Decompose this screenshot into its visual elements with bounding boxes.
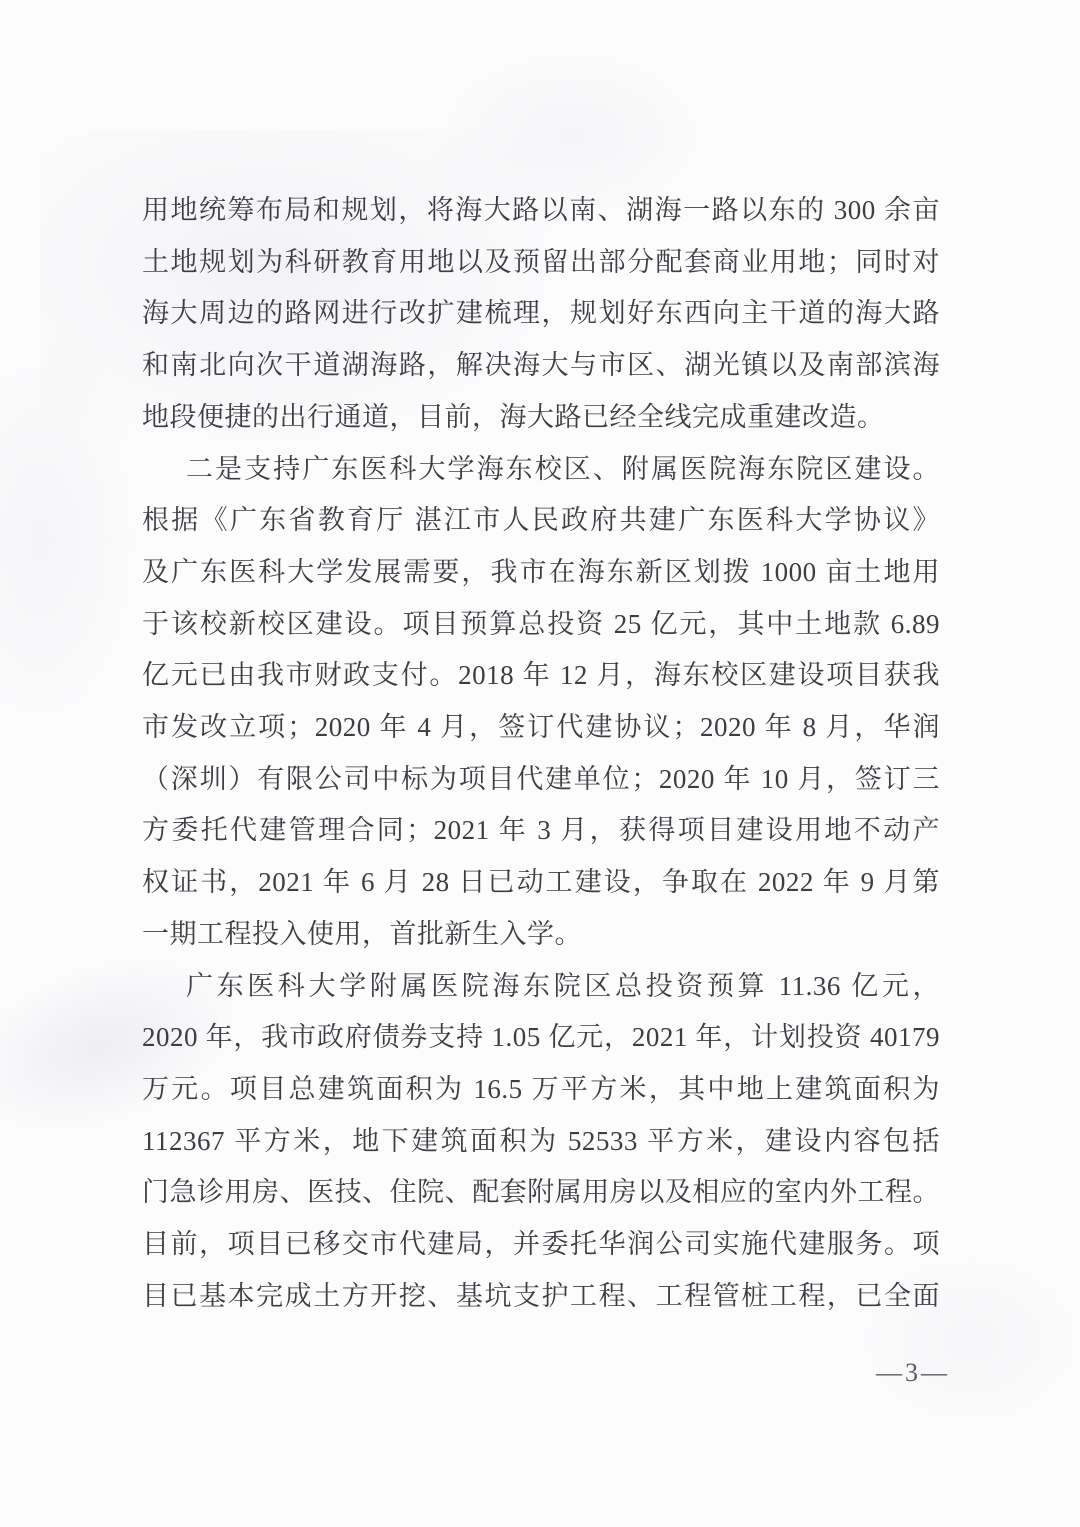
text-line: 和南北向次干道湖海路，解决海大与市区、湖光镇以及南部滨海 (142, 340, 940, 392)
text-line: 海大周边的路网进行改扩建梳理，规划好东西向主干道的海大路 (142, 288, 940, 340)
text-line: 地段便捷的出行通道，目前，海大路已经全线完成重建改造。 (142, 392, 940, 444)
text-line: 于该校新校区建设。项目预算总投资 25 亿元，其中土地款 6.89 (142, 599, 940, 651)
text-line: （深圳）有限公司中标为项目代建单位；2020 年 10 月，签订三 (142, 754, 940, 806)
text-line: 目已基本完成土方开挖、基坑支护工程、工程管桩工程，已全面 (142, 1271, 940, 1323)
text-line: 目前，项目已移交市代建局，并委托华润公司实施代建服务。项 (142, 1219, 940, 1271)
document-page: 用地统筹布局和规划，将海大路以南、湖海一路以东的 300 余亩土地规划为科研教育… (0, 0, 1080, 1527)
text-line: 万元。项目总建筑面积为 16.5 万平方米，其中地上建筑面积为 (142, 1064, 940, 1116)
text-line: 方委托代建管理合同；2021 年 3 月，获得项目建设用地不动产 (142, 805, 940, 857)
text-line: 根据《广东省教育厅 湛江市人民政府共建广东医科大学协议》 (142, 495, 940, 547)
text-line: 及广东医科大学发展需要，我市在海东新区划拨 1000 亩土地用 (142, 547, 940, 599)
text-line: 2020 年，我市政府债券支持 1.05 亿元，2021 年，计划投资 4017… (142, 1012, 940, 1064)
paragraph: 用地统筹布局和规划，将海大路以南、湖海一路以东的 300 余亩土地规划为科研教育… (142, 185, 940, 444)
text-line: 土地规划为科研教育用地以及预留出部分配套商业用地；同时对 (142, 237, 940, 289)
paragraph: 广东医科大学附属医院海东院区总投资预算 11.36 亿元，2020 年，我市政府… (142, 961, 940, 1323)
text-line: 权证书，2021 年 6 月 28 日已动工建设，争取在 2022 年 9 月第 (142, 857, 940, 909)
page-number: —3— (876, 1358, 950, 1388)
text-line: 广东医科大学附属医院海东院区总投资预算 11.36 亿元， (142, 961, 940, 1013)
document-body: 用地统筹布局和规划，将海大路以南、湖海一路以东的 300 余亩土地规划为科研教育… (142, 185, 940, 1322)
text-line: 用地统筹布局和规划，将海大路以南、湖海一路以东的 300 余亩 (142, 185, 940, 237)
text-line: 112367 平方米，地下建筑面积为 52533 平方米，建设内容包括 (142, 1116, 940, 1168)
text-line: 市发改立项；2020 年 4 月，签订代建协议；2020 年 8 月，华润 (142, 702, 940, 754)
text-line: 门急诊用房、医技、住院、配套附属用房以及相应的室内外工程。 (142, 1167, 940, 1219)
scan-artifact (0, 330, 150, 750)
text-line: 一期工程投入使用，首批新生入学。 (142, 909, 940, 961)
paragraph: 二是支持广东医科大学海东校区、附属医院海东院区建设。根据《广东省教育厅 湛江市人… (142, 444, 940, 961)
text-line: 亿元已由我市财政支付。2018 年 12 月，海东校区建设项目获我 (142, 650, 940, 702)
text-line: 二是支持广东医科大学海东校区、附属医院海东院区建设。 (142, 444, 940, 496)
